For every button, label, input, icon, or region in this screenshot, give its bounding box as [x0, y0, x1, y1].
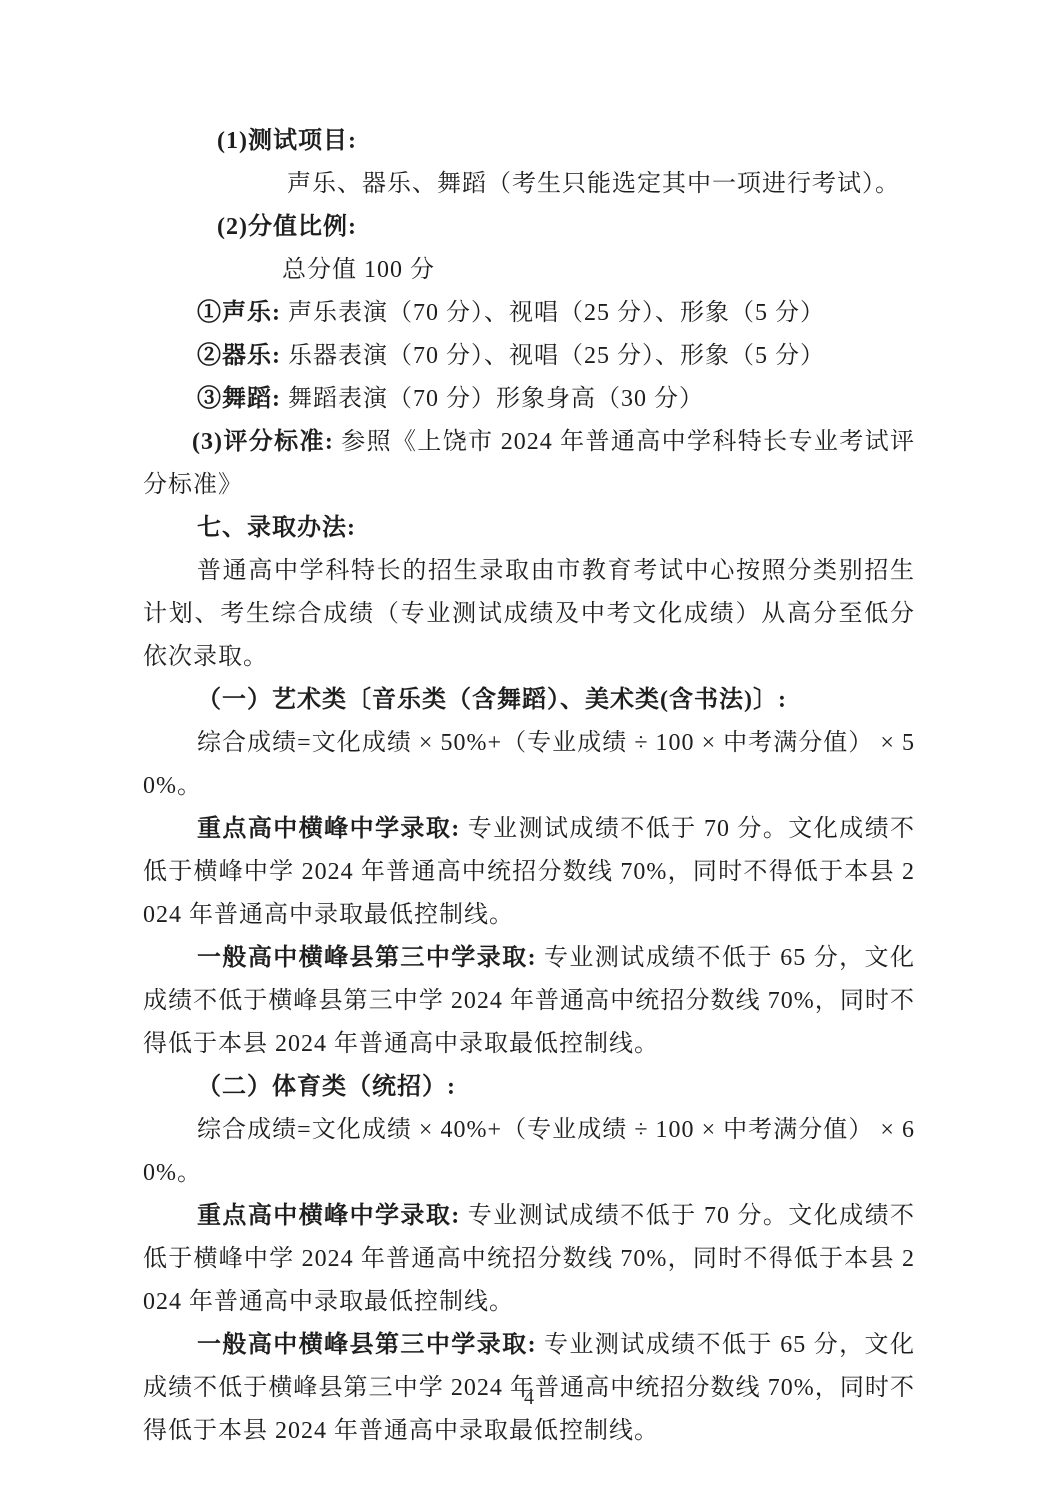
page-number: 4 [0, 1383, 1058, 1413]
para-scoring-standard: (3)评分标准: 参照《上饶市 2024 年普通高中学科特长专业考试评分标准》 [143, 421, 915, 507]
heading-art-category-label: （一）艺术类〔音乐类（含舞蹈）、美术类(含书法)〕: [197, 687, 787, 713]
para-sports-formula: 综合成绩=文化成绩 × 40%+（专业成绩 ÷ 100 × 中考满分值） × 6… [143, 1109, 915, 1195]
heading-sports-category: （二）体育类（统招）: [143, 1066, 915, 1109]
para-art-formula: 综合成绩=文化成绩 × 50%+（专业成绩 ÷ 100 × 中考满分值） × 5… [143, 722, 915, 808]
heading-admission-method: 七、录取办法: [143, 507, 915, 550]
item-instrumental-music-text: 乐器表演（70 分）、视唱（25 分）、形象（5 分） [281, 343, 825, 369]
heading-sports-category-label: （二）体育类（统招）: [197, 1074, 456, 1100]
para-admission-intro-text: 普通高中学科特长的招生录取由市教育考试中心按照分类别招生计划、考生综合成绩（专业… [143, 558, 915, 670]
line-test-items-list: 声乐、器乐、舞蹈（考生只能选定其中一项进行考试）。 [143, 163, 915, 206]
para-sports-key-school-label: 重点高中横峰中学录取: [197, 1203, 460, 1229]
item-vocal-music: ①声乐: 声乐表演（70 分）、视唱（25 分）、形象（5 分） [143, 292, 915, 335]
item-instrumental-music-label: ②器乐: [197, 343, 281, 369]
para-sports-formula-text: 综合成绩=文化成绩 × 40%+（专业成绩 ÷ 100 × 中考满分值） × 6… [143, 1117, 915, 1186]
para-art-key-school: 重点高中横峰中学录取: 专业测试成绩不低于 70 分。文化成绩不低于横峰中学 2… [143, 808, 915, 937]
para-art-formula-text: 综合成绩=文化成绩 × 50%+（专业成绩 ÷ 100 × 中考满分值） × 5… [143, 730, 915, 799]
line-test-items-list-text: 声乐、器乐、舞蹈（考生只能选定其中一项进行考试）。 [287, 171, 900, 197]
heading-test-items: (1)测试项目: [143, 120, 915, 163]
item-dance: ③舞蹈: 舞蹈表演（70 分）形象身高（30 分） [143, 378, 915, 421]
heading-art-category: （一）艺术类〔音乐类（含舞蹈）、美术类(含书法)〕: [143, 679, 915, 722]
para-art-key-school-label: 重点高中横峰中学录取: [197, 816, 460, 842]
line-total-score-text: 总分值 100 分 [282, 257, 435, 283]
para-art-general-school: 一般高中横峰县第三中学录取: 专业测试成绩不低于 65 分，文化成绩不低于横峰县… [143, 937, 915, 1066]
heading-score-ratio: (2)分值比例: [143, 206, 915, 249]
line-total-score: 总分值 100 分 [143, 249, 915, 292]
item-vocal-music-text: 声乐表演（70 分）、视唱（25 分）、形象（5 分） [281, 300, 825, 326]
para-art-general-school-label: 一般高中横峰县第三中学录取: [197, 945, 537, 971]
item-dance-text: 舞蹈表演（70 分）形象身高（30 分） [281, 386, 704, 412]
heading-score-ratio-label: (2)分值比例: [217, 214, 357, 240]
para-scoring-standard-label: (3)评分标准: [192, 429, 334, 455]
item-instrumental-music: ②器乐: 乐器表演（70 分）、视唱（25 分）、形象（5 分） [143, 335, 915, 378]
item-dance-label: ③舞蹈: [197, 386, 281, 412]
item-vocal-music-label: ①声乐: [197, 300, 281, 326]
para-sports-general-school-label: 一般高中横峰县第三中学录取: [197, 1332, 537, 1358]
heading-test-items-label: (1)测试项目: [217, 128, 357, 154]
document-page: (1)测试项目:声乐、器乐、舞蹈（考生只能选定其中一项进行考试）。(2)分值比例… [0, 0, 1058, 1497]
heading-admission-method-label: 七、录取办法: [197, 515, 356, 541]
para-sports-key-school: 重点高中横峰中学录取: 专业测试成绩不低于 70 分。文化成绩不低于横峰中学 2… [143, 1195, 915, 1324]
para-admission-intro: 普通高中学科特长的招生录取由市教育考试中心按照分类别招生计划、考生综合成绩（专业… [143, 550, 915, 679]
document-body: (1)测试项目:声乐、器乐、舞蹈（考生只能选定其中一项进行考试）。(2)分值比例… [143, 120, 915, 1453]
